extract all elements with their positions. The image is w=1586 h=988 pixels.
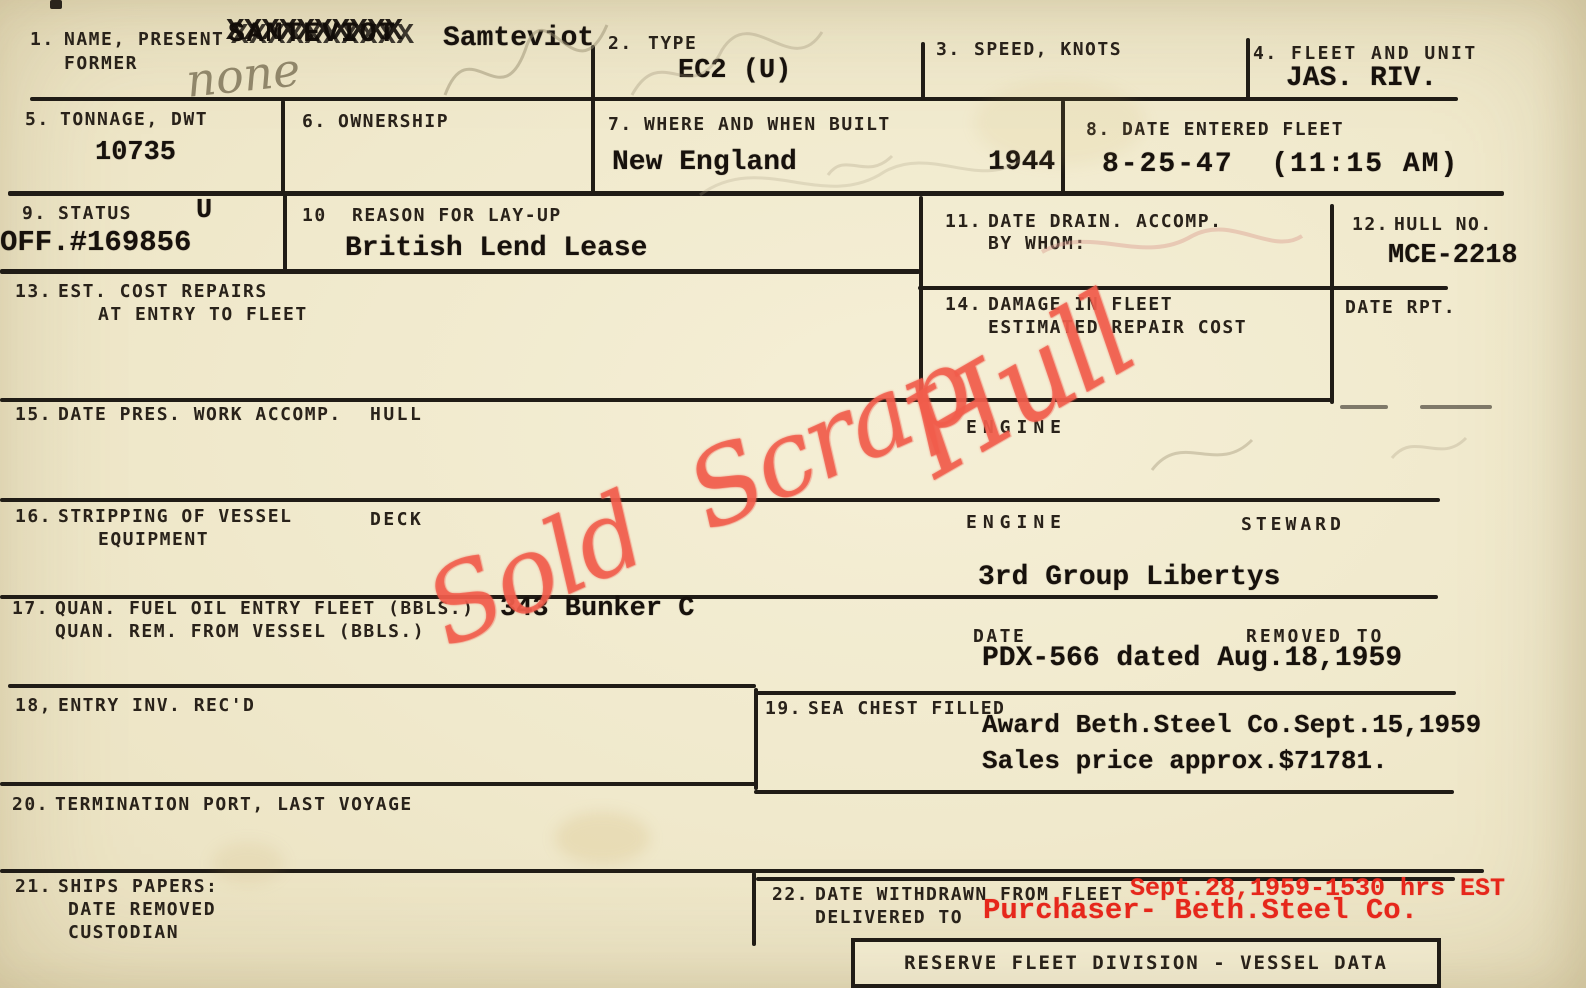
date-entered-fleet-value: 8-25-47 (11:15 AM) <box>1102 150 1459 180</box>
grid-line <box>281 100 285 193</box>
grid-line <box>1420 405 1492 409</box>
grid-line <box>921 42 925 100</box>
struck-out-name: SAMTEVIOT XXXXXXXXXX XXXXXXXXXX <box>228 20 397 50</box>
grid-line <box>754 790 1454 794</box>
field21-label2: DATE REMOVED <box>68 898 216 921</box>
field20-number: 20. <box>12 793 49 816</box>
field15-number: 15. <box>15 403 52 426</box>
field8-label: DATE ENTERED FLEET <box>1122 118 1344 141</box>
field3-label: SPEED, KNOTS <box>974 38 1122 61</box>
field15-label: DATE PRES. WORK ACCOMP. <box>58 403 342 426</box>
group-note-value: 3rd Group Libertys <box>978 563 1280 593</box>
field21-label: SHIPS PAPERS: <box>58 875 218 898</box>
date-rpt-label: DATE RPT. <box>1345 296 1456 319</box>
delivered-to-value: Purchaser- Beth.Steel Co. <box>983 896 1418 926</box>
grid-line <box>1330 204 1334 404</box>
vessel-name-value: Samteviot <box>443 24 594 54</box>
engine-column-label2: ENGINE <box>966 511 1067 534</box>
ink-smudge <box>50 0 62 9</box>
field9-number: 9. <box>22 202 47 225</box>
reason-layup-value: British Lend Lease <box>345 234 647 264</box>
field7-number: 7. <box>608 113 633 136</box>
field18-label: ENTRY INV. REC'D <box>58 694 255 717</box>
field21-label3: CUSTODIAN <box>68 921 179 944</box>
field5-label: TONNAGE, DWT <box>60 108 208 131</box>
field10-label: REASON FOR LAY-UP <box>352 204 562 227</box>
field5-number: 5. <box>25 108 50 131</box>
paper-stain <box>975 80 1145 165</box>
field4-label: FLEET AND UNIT <box>1291 42 1478 65</box>
footer-banner-box: RESERVE FLEET DIVISION - VESSEL DATA <box>851 938 1441 988</box>
paper-stain <box>212 842 284 884</box>
deck-column-label: DECK <box>370 508 423 531</box>
field7-label: WHERE AND WHEN BUILT <box>644 113 891 136</box>
field22-label2: DELIVERED TO <box>815 906 963 929</box>
paper-stain <box>555 812 650 864</box>
grid-line <box>918 286 1448 290</box>
field2-number: 2. <box>608 32 633 55</box>
field16-label: STRIPPING OF VESSEL <box>58 505 292 528</box>
grid-line <box>752 872 756 946</box>
grid-line <box>0 269 920 274</box>
field17-number: 17. <box>12 597 49 620</box>
field12-number: 12. <box>1352 213 1389 236</box>
field19-number: 19. <box>765 697 802 720</box>
field16-number: 16. <box>15 505 52 528</box>
type-value: EC2 (U) <box>678 56 791 86</box>
field21-number: 21. <box>15 875 52 898</box>
field6-number: 6. <box>302 110 327 133</box>
grid-line <box>754 691 1456 695</box>
where-built-value: New England <box>612 148 797 178</box>
field13-label2: AT ENTRY TO FLEET <box>98 303 308 326</box>
hull-number-value: MCE-2218 <box>1388 241 1518 271</box>
field11-label: DATE DRAIN. ACCOMP. <box>988 210 1222 233</box>
field11-label-bywhom: BY WHOM: <box>988 232 1087 255</box>
grid-line <box>1246 38 1250 100</box>
field9-label: STATUS <box>58 202 132 225</box>
steward-column-label: STEWARD <box>1241 513 1345 536</box>
field1-label: NAME, PRESENT <box>64 28 224 51</box>
field20-label: TERMINATION PORT, LAST VOYAGE <box>55 793 413 816</box>
field12-label: HULL NO. <box>1394 213 1493 236</box>
tonnage-value: 10735 <box>95 138 176 168</box>
field1-number: 1. <box>30 28 55 51</box>
grid-line <box>283 193 287 271</box>
field22-number: 22. <box>772 883 809 906</box>
status-value: U <box>196 196 212 226</box>
pencil-scribble <box>1392 438 1466 458</box>
grid-line <box>0 782 758 786</box>
field6-label: OWNERSHIP <box>338 110 449 133</box>
field17-label: QUAN. FUEL OIL ENTRY FLEET (BBLS.) <box>55 597 474 620</box>
removed-to-value: PDX-566 dated Aug.18,1959 <box>982 644 1402 674</box>
field19-label: SEA CHEST FILLED <box>808 697 1005 720</box>
field18-number: 18, <box>15 694 52 717</box>
grid-line <box>754 688 758 790</box>
sales-price-value: Sales price approx.$71781. <box>982 746 1388 776</box>
grid-line <box>8 191 1504 196</box>
field10-number: 10 <box>302 204 327 227</box>
pencil-scribble <box>1152 440 1252 470</box>
official-number-value: OFF.#169856 <box>0 228 191 258</box>
field3-number: 3. <box>936 38 961 61</box>
grid-line <box>591 45 595 193</box>
footer-banner-title: RESERVE FLEET DIVISION - VESSEL DATA <box>904 952 1388 975</box>
fleet-unit-value: JAS. RIV. <box>1286 64 1437 94</box>
field1-label-former: FORMER <box>64 52 138 75</box>
field4-number: 4. <box>1253 42 1278 65</box>
award-value: Award Beth.Steel Co.Sept.15,1959 <box>982 710 1481 740</box>
vessel-data-card: 1. NAME, PRESENT FORMER SAMTEVIOT XXXXXX… <box>0 0 1586 988</box>
pencil-scribble <box>828 156 892 175</box>
field17-label2: QUAN. REM. FROM VESSEL (BBLS.) <box>55 620 425 643</box>
grid-line <box>8 684 756 688</box>
field14-number: 14. <box>945 293 982 316</box>
hull-column-label: HULL <box>370 403 423 426</box>
field11-number: 11. <box>945 210 982 233</box>
field16-label2: EQUIPMENT <box>98 528 209 551</box>
field13-label: EST. COST REPAIRS <box>58 280 268 303</box>
field2-label: TYPE <box>648 32 697 55</box>
field13-number: 13. <box>15 280 52 303</box>
grid-line <box>1340 405 1388 409</box>
